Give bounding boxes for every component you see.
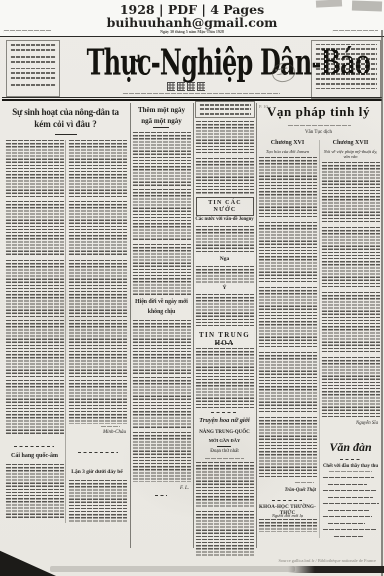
section-divider: [78, 452, 118, 453]
news-item2-title: Nga: [195, 256, 254, 262]
text-block: [321, 162, 380, 224]
text-block: [132, 320, 191, 374]
text-block: [68, 140, 127, 198]
serial-subtitle1: NÀNG TRUNG-QUỐC: [195, 430, 254, 436]
science-subtitle: Người đời mới lạ: [258, 513, 317, 518]
poem-title-line: Chết với đầu thầy thay thu: [319, 464, 382, 470]
poem-line: [322, 529, 376, 531]
bottom-dark-band: [288, 566, 384, 573]
text-block: [258, 157, 317, 219]
text-block: [195, 266, 254, 283]
text-block: [258, 417, 317, 479]
text-block: [5, 380, 64, 436]
text-block: [321, 227, 380, 289]
text-block: [132, 432, 191, 482]
column-rule: [193, 103, 194, 548]
col3-heading-line2: ngã một ngày: [132, 117, 191, 125]
poem-line: [322, 490, 377, 492]
text-block: [68, 380, 127, 424]
text-block: [68, 260, 127, 317]
column-rule: [256, 103, 257, 548]
text-block: [5, 201, 64, 257]
text-block: [195, 348, 254, 408]
text-block: [5, 320, 64, 377]
section-header-china-news: TIN TRUNG HOA: [194, 331, 255, 347]
masthead-right-box: [311, 40, 381, 99]
newspaper-scan-page: 1928 | PDF | 4 Pages buihuuhanh@gmail.co…: [0, 0, 384, 576]
lead-headline-line1: Sự sinh hoạt của nông-dân ta: [4, 107, 127, 117]
text-block: [258, 519, 317, 532]
text-block: [132, 189, 191, 241]
section-divider: [211, 412, 237, 413]
chapter-left-heading: Chương XVI: [258, 140, 317, 147]
section-header-world-news: TIN CÁC NƯỚC: [196, 197, 254, 216]
poetry-byline: Nguyễn Sĩa: [321, 421, 378, 427]
text-block: [258, 222, 317, 284]
text-block: [5, 260, 64, 317]
scan-smudge: [352, 0, 382, 11]
text-block: [195, 121, 254, 155]
signature-f-l: F. L.: [132, 486, 189, 492]
text-block: [68, 201, 127, 257]
section-divider: [272, 500, 302, 501]
news-item1-title: Các nước với vấn-đề Jongny: [193, 217, 256, 223]
section-divider: [340, 459, 360, 460]
poem-line: [322, 477, 374, 479]
chapter-right-subtitle: Nói về việc pháp mỹ-thuật ấy, vân vân: [321, 149, 380, 160]
col3-heading-line1: Thêm một ngày: [132, 106, 191, 114]
text-block: [68, 320, 127, 377]
chapter-right-heading: Chương XVII: [321, 140, 380, 147]
masthead-left-box: [6, 40, 60, 97]
bottom-smudge: [50, 566, 295, 572]
signature-prefix: [294, 482, 314, 484]
text-block: [321, 357, 380, 417]
torn-corner: [0, 540, 56, 576]
text-block: [132, 377, 191, 429]
subheading-col2: Lặn 3 giờ dưới đáy bể: [66, 469, 128, 475]
poem-line: [327, 510, 369, 512]
text-block: [195, 511, 254, 556]
scan-smudge: [316, 0, 342, 8]
column-rule: [319, 140, 320, 538]
feature-title: Vạn pháp tinh lý: [257, 105, 380, 120]
text-block: [5, 140, 64, 198]
feature-translator: Văn Tục dịch: [257, 130, 380, 136]
section-divider: [14, 446, 54, 447]
notice-box: [195, 101, 255, 118]
edge-note-left: [3, 30, 51, 33]
text-block: [132, 244, 191, 295]
signature-minh-chau: Minh-Châu: [68, 430, 126, 436]
lead-headline-line2: kém cỏi vì đâu ?: [4, 119, 127, 129]
headline-divider: [153, 127, 169, 128]
text-block: [68, 480, 127, 523]
text-block: [132, 132, 191, 186]
masthead-title: Thực-Nghiệp Dân-Báo: [87, 44, 284, 85]
masthead-rule-thin: [2, 97, 382, 98]
col3-mid-heading-line1: Hiện đời về ngày mới: [131, 299, 192, 306]
gallica-source-credit: Source gallica.bnf.fr / Bibliothèque nat…: [200, 558, 376, 563]
text-block: [195, 462, 254, 508]
headline-divider: [217, 446, 231, 447]
poem-line: [327, 497, 373, 499]
col3-mid-heading-line2: không chịu: [132, 309, 191, 316]
text-block: [321, 292, 380, 354]
feature-subtitle-line: [287, 125, 351, 127]
column-rule: [130, 103, 131, 548]
serial-part-label: Đoạn thứ nhất: [195, 449, 254, 455]
headline-divider: [55, 134, 77, 135]
end-mark: [155, 495, 167, 496]
feature-signature: Trần-Quết Thật: [258, 488, 316, 494]
text-block: [258, 352, 317, 414]
serial-title: Truyện hoa nữ giới: [193, 417, 256, 424]
poetry-section-title: Văn đàn: [321, 441, 380, 455]
poem-line: [327, 523, 365, 525]
page-edge-shadow: [381, 30, 383, 576]
column-rule: [65, 140, 66, 523]
text-block: [195, 226, 254, 254]
poem-line: [322, 516, 372, 518]
masthead-chinese-title: [167, 82, 205, 91]
signature-prefix: [100, 426, 120, 428]
poem-line: [327, 484, 367, 486]
subheading-col1: Cái hang quốc-âm: [5, 453, 64, 460]
text-block: [258, 287, 317, 349]
masthead-motto-line: [122, 93, 280, 95]
serial-subtitle2: MỚI GẦN ĐÂY: [195, 438, 254, 443]
masthead-rule-thick: [2, 99, 382, 101]
serial-caption: [204, 458, 244, 460]
section-divider: [215, 343, 233, 344]
poem-line: [333, 536, 363, 538]
poem-caption: [328, 471, 372, 473]
top-rule: [0, 36, 384, 37]
text-block: [195, 294, 254, 326]
news-item3-title: Ý: [195, 285, 254, 291]
text-block: [5, 464, 64, 520]
poem-line: [322, 503, 379, 505]
scan-date-line: Ngày 30 tháng 5 năm Mậu-Thìn 1928: [0, 30, 384, 35]
chapter-left-subtitle: Tạo hóa của đời Jansen: [258, 149, 317, 154]
text-block: [195, 158, 254, 194]
edge-note-right: [332, 30, 378, 33]
